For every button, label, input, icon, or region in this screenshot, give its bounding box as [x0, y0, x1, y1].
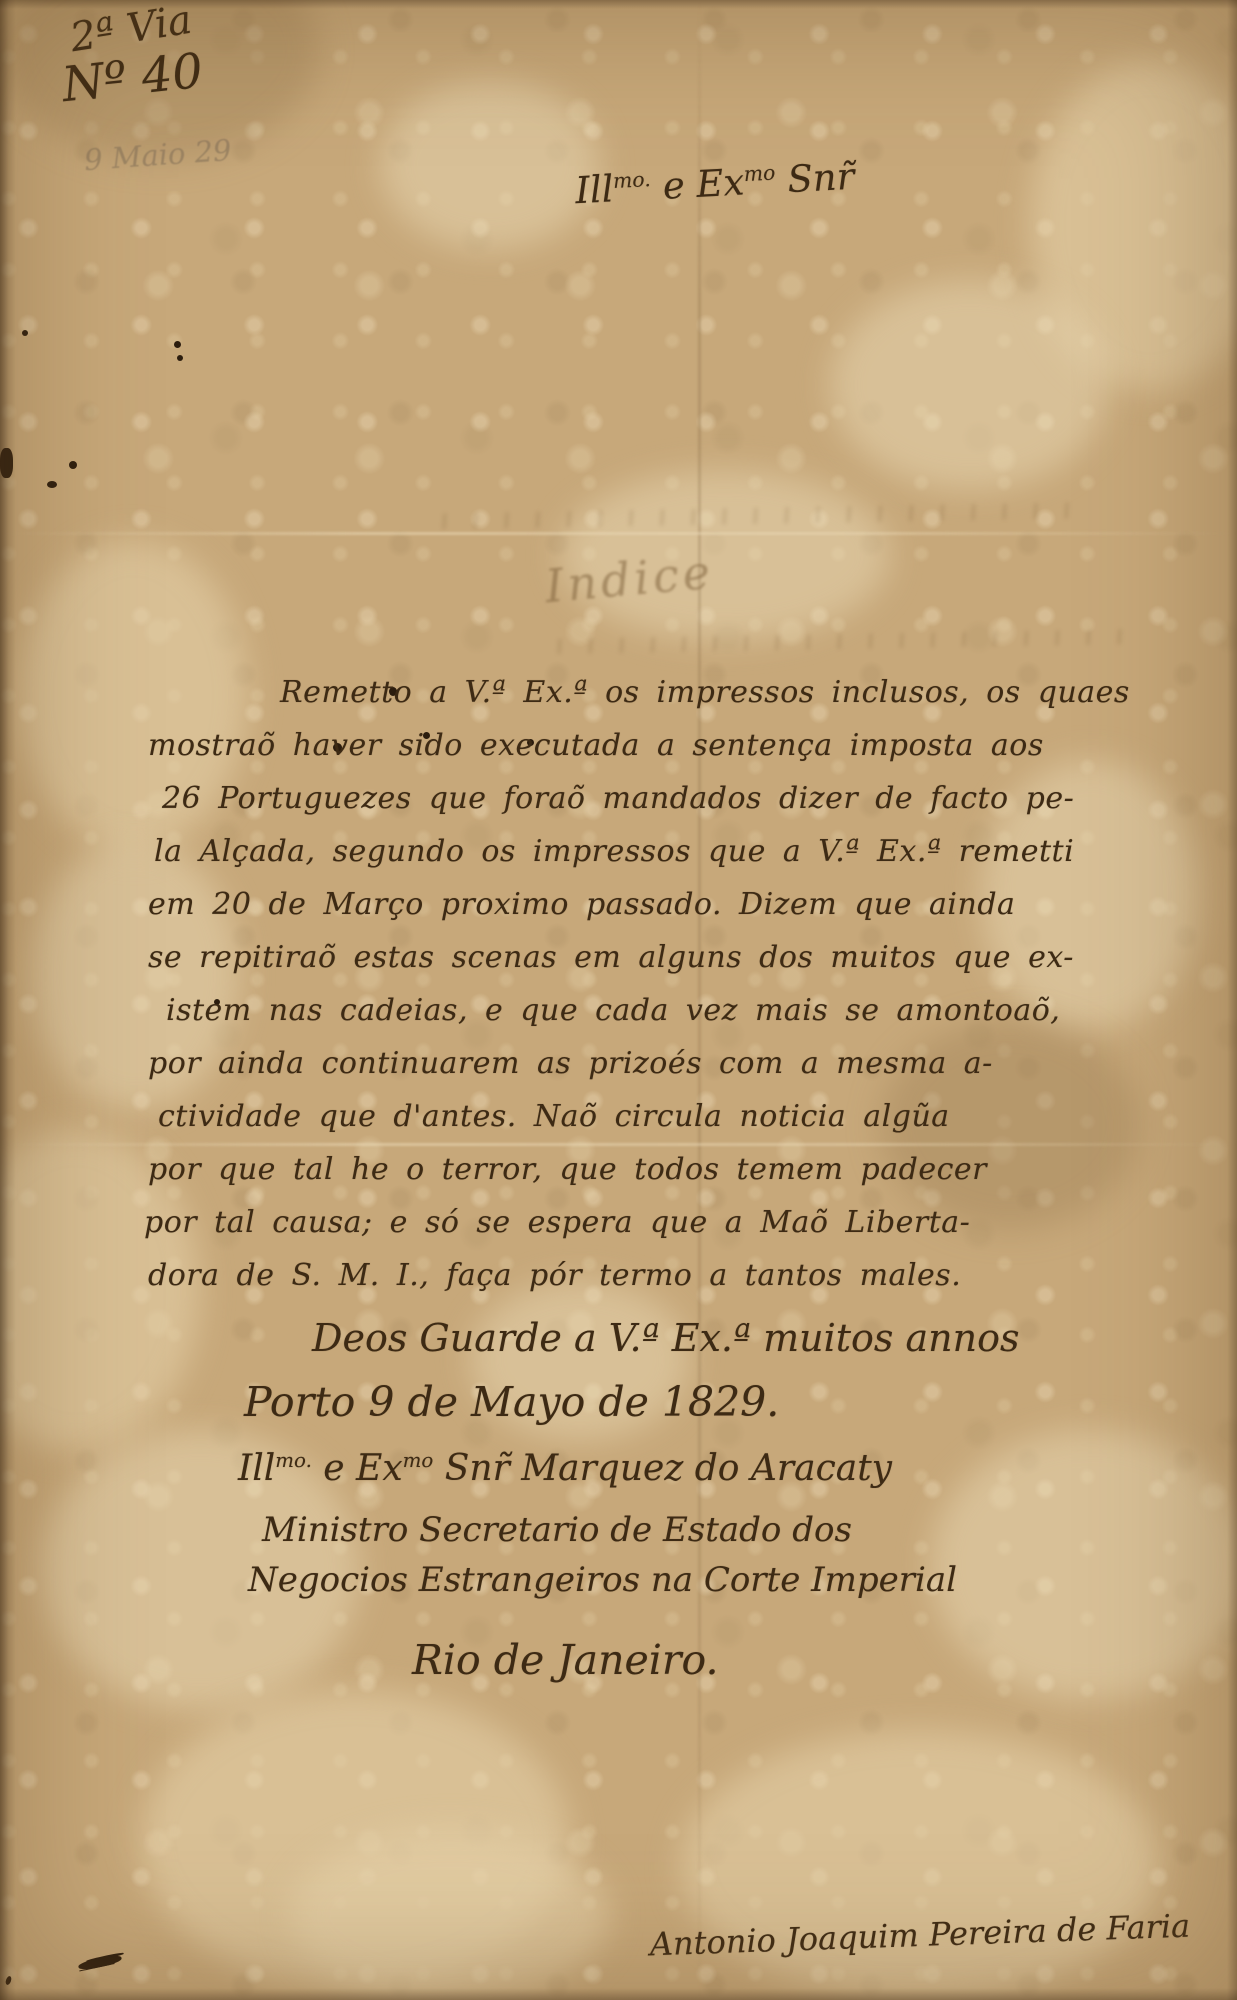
body-line: dora de S. M. I., faça pór termo a tanto…: [148, 1249, 1163, 1302]
signature: Antonio Joaquim Pereira de Faria: [610, 1905, 1231, 1965]
ink-speck: [177, 355, 183, 361]
ink-speck: [174, 341, 181, 348]
recipient-line: Ministro Secretario de Estado dos: [262, 1510, 852, 1550]
paper-stain: [140, 1690, 570, 1990]
salutation-prefix: Ill: [574, 167, 614, 212]
ink-scribble: [78, 1954, 123, 1972]
valediction-line: Deos Guarde a V.ª Ex.ª muitos annos: [312, 1316, 1019, 1360]
ink-speck: [47, 481, 57, 488]
recipient-conjunction: e Ex: [312, 1448, 403, 1489]
body-line: por ainda continuarem as prizoés com a m…: [148, 1037, 1163, 1090]
salutation-superscript: mo: [743, 161, 776, 187]
body-line: mostraõ haver sido executada a sentença …: [148, 719, 1163, 772]
scan-edge-shadow: [0, 1988, 1237, 2000]
ink-bleedthrough: [545, 629, 1145, 654]
body-line: ctividade que d'antes. Naõ circula notic…: [158, 1090, 1163, 1143]
letter-page: 2ª Via Nº 40 9 Maio 29 Illmo. e Exmo Snr…: [0, 0, 1237, 2000]
recipient-superscript: mo.: [275, 1449, 312, 1472]
salutation-title: Snr̃: [775, 155, 856, 202]
recipient-name: Snr̃ Marquez do Aracaty: [433, 1448, 892, 1489]
date-place-line: Porto 9 de Mayo de 1829.: [244, 1378, 779, 1426]
body-line: 26 Portuguezes que foraõ mandados dizer …: [162, 772, 1163, 825]
salutation-superscript: mo.: [612, 167, 651, 193]
body-line: la Alçada, segundo os impressos que a V.…: [154, 825, 1163, 878]
scan-edge-shadow: [1227, 0, 1237, 2000]
ink-speck: [5, 1975, 13, 1985]
ink-speck: [22, 330, 28, 336]
body-line: em 20 de Março proximo passado. Dizem qu…: [148, 878, 1163, 931]
paper-stain: [380, 80, 600, 250]
body-line: se repitiraõ estas scenas em alguns dos …: [148, 931, 1163, 984]
recipient-prefix: Ill: [238, 1448, 275, 1489]
recipient-line: Illmo. e Exmo Snr̃ Marquez do Aracaty: [238, 1448, 892, 1489]
pencil-date-annotation: 9 Maio 29: [83, 133, 233, 177]
ink-speck: [0, 448, 13, 478]
paper-stain: [290, 1830, 610, 2000]
ink-bleedthrough: [430, 502, 1070, 529]
recipient-line: Negocios Estrangeiros na Corte Imperial: [248, 1560, 957, 1600]
index-heading: Indice: [543, 545, 716, 614]
salutation: Illmo. e Exmo Snr̃: [574, 155, 855, 213]
horizontal-fold-crease: [0, 532, 1237, 535]
body-line: por tal causa; e só se espera que a Maõ …: [144, 1196, 1163, 1249]
paper-stain: [830, 280, 1110, 490]
body-line: istem nas cadeias, e que cada vez mais s…: [166, 984, 1163, 1037]
city-line: Rio de Janeiro.: [412, 1636, 719, 1684]
paper-stain: [1030, 60, 1237, 390]
scan-edge-shadow: [0, 0, 16, 2000]
salutation-conjunction: e Ex: [650, 160, 745, 208]
paper-stain: [930, 1430, 1237, 1700]
body-line: por que tal he o terror, que todos temem…: [148, 1143, 1163, 1196]
letter-body: Remetto a V.ª Ex.ª os impressos inclusos…: [148, 666, 1163, 1302]
recipient-superscript: mo: [403, 1449, 434, 1472]
ink-speck: [69, 461, 77, 469]
body-line: Remetto a V.ª Ex.ª os impressos inclusos…: [148, 666, 1163, 719]
